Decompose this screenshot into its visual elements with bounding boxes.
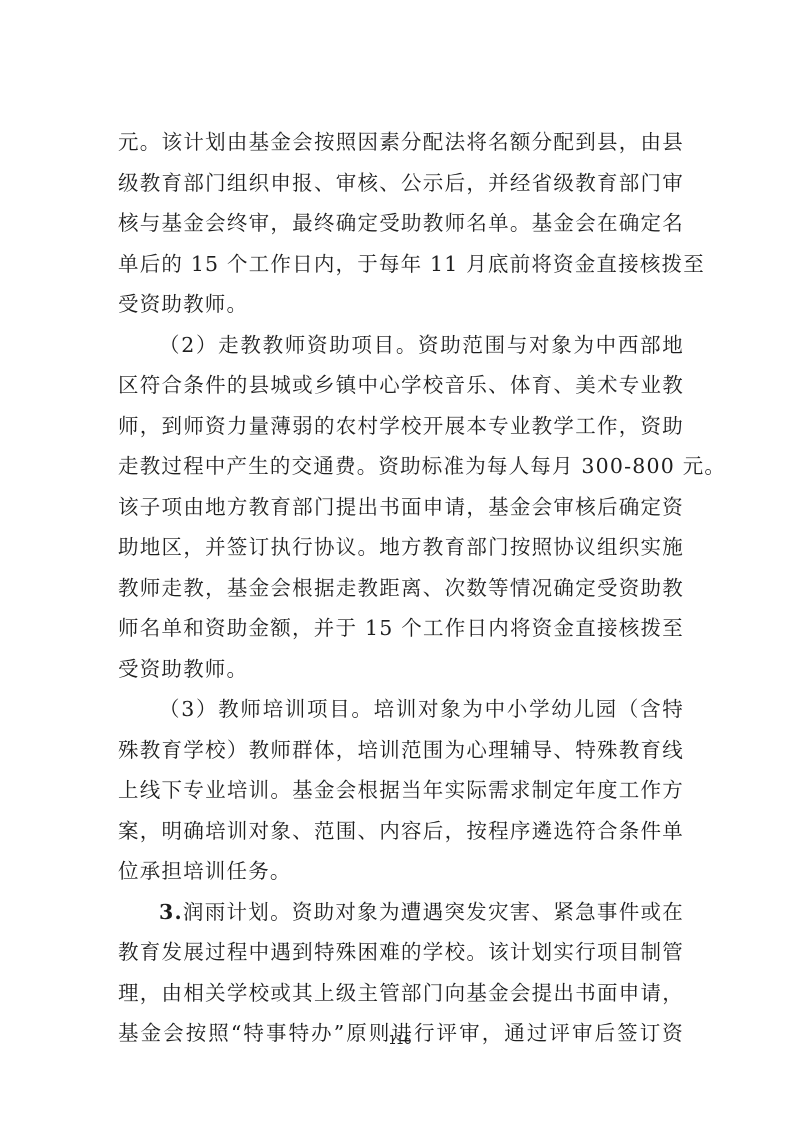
text-line: 区符合条件的县城或乡镇中心学校音乐、体育、美术专业教: [118, 365, 684, 406]
text-line: 3.润雨计划。资助对象为遭遇突发灾害、紧急事件或在: [118, 892, 684, 933]
text-line: 级教育部门组织申报、审核、公示后，并经省级教育部门审: [118, 163, 684, 204]
document-page: 元。该计划由基金会按照因素分配法将名额分配到县，由县 级教育部门组织申报、审核、…: [0, 0, 800, 1131]
text-line: 单后的 15 个工作日内，于每年 11 月底前将资金直接核拨至: [118, 244, 684, 285]
text-line: 殊教育学校）教师群体，培训范围为心理辅导、特殊教育线: [118, 730, 684, 771]
text-line: 上线下专业培训。基金会根据当年实际需求制定年度工作方: [118, 770, 684, 811]
text-line: 理，由相关学校或其上级主管部门向基金会提出书面申请，: [118, 973, 684, 1014]
text-line: 核与基金会终审，最终确定受助教师名单。基金会在确定名: [118, 203, 684, 244]
text-line: 元。该计划由基金会按照因素分配法将名额分配到县，由县: [118, 122, 684, 163]
section-number: 3.: [159, 900, 183, 924]
text-line: 案，明确培训对象、范围、内容后，按程序遴选符合条件单: [118, 811, 684, 852]
paragraph-teacher-allocation: 元。该计划由基金会按照因素分配法将名额分配到县，由县 级教育部门组织申报、审核、…: [118, 122, 684, 325]
text-line: （2）走教教师资助项目。资助范围与对象为中西部地: [118, 325, 684, 366]
text-line: 位承担培训任务。: [118, 851, 684, 892]
paragraph-runyu-plan: 3.润雨计划。资助对象为遭遇突发灾害、紧急事件或在 教育发展过程中遇到特殊困难的…: [118, 892, 684, 1054]
text-line: 助地区，并签订执行协议。地方教育部门按照协议组织实施: [118, 527, 684, 568]
text-line: 受资助教师。: [118, 284, 684, 325]
section-text: 润雨计划。资助对象为遭遇突发灾害、紧急事件或在: [183, 900, 684, 924]
text-line: 教育发展过程中遇到特殊困难的学校。该计划实行项目制管: [118, 932, 684, 973]
text-line: （3）教师培训项目。培训对象为中小学幼儿园（含特: [118, 689, 684, 730]
paragraph-teacher-training-project: （3）教师培训项目。培训对象为中小学幼儿园（含特 殊教育学校）教师群体，培训范围…: [118, 689, 684, 892]
paragraph-itinerant-teacher-project: （2）走教教师资助项目。资助范围与对象为中西部地 区符合条件的县城或乡镇中心学校…: [118, 325, 684, 690]
text-line: 师名单和资助金额，并于 15 个工作日内将资金直接核拨至: [118, 608, 684, 649]
text-line: 该子项由地方教育部门提出书面申请，基金会审核后确定资: [118, 487, 684, 528]
text-line: 师，到师资力量薄弱的农村学校开展本专业教学工作，资助: [118, 406, 684, 447]
text-line: 教师走教，基金会根据走教距离、次数等情况确定受资助教: [118, 568, 684, 609]
text-line: 受资助教师。: [118, 649, 684, 690]
text-line: 走教过程中产生的交通费。资助标准为每人每月 300-800 元。: [118, 446, 684, 487]
page-number: 116: [0, 1033, 800, 1047]
page-body: 元。该计划由基金会按照因素分配法将名额分配到县，由县 级教育部门组织申报、审核、…: [118, 122, 684, 1054]
